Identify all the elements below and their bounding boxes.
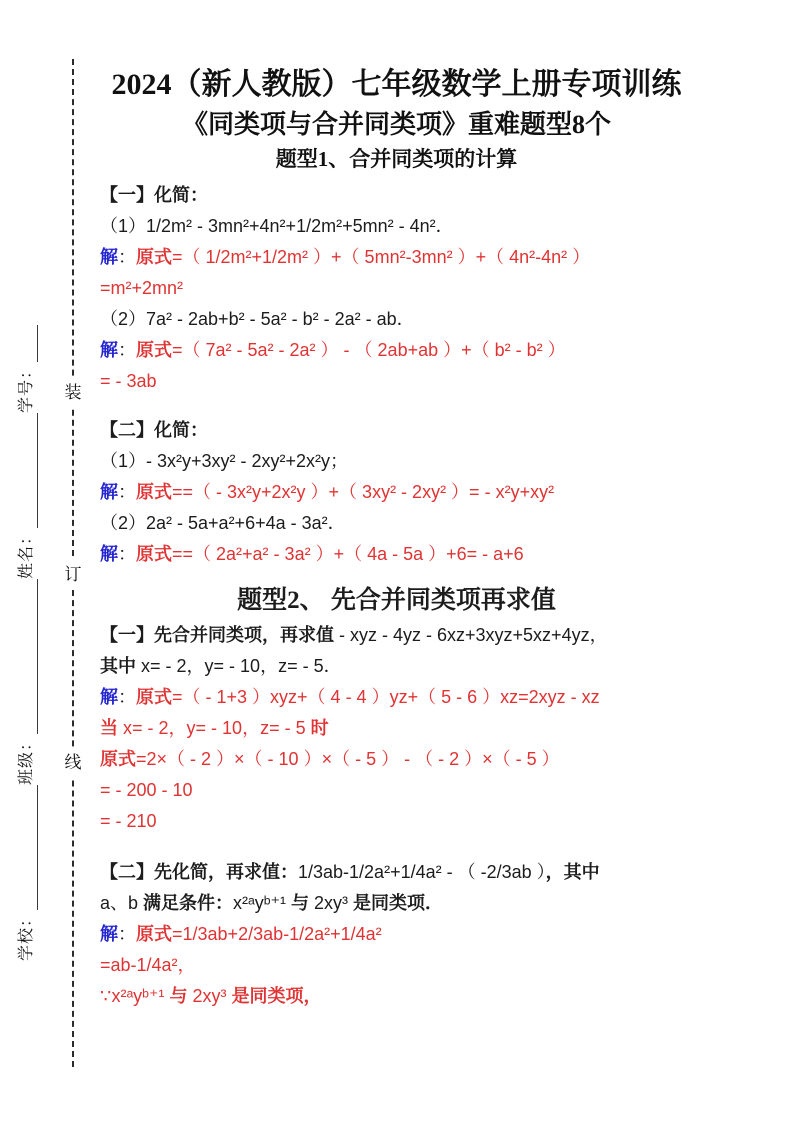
text-run: （1）- 3x²y+3xy² - 2xy²+2x²y； — [100, 451, 348, 471]
text-run: ，其中 — [546, 862, 600, 882]
text-run: =1/3ab+2/3ab-1/2a²+1/4a² — [172, 924, 382, 944]
text-run: 2xy³ — [314, 893, 353, 913]
content-line: 解：原式==（ 2a²+a² - 3a² ）+（ 4a - 5a ）+6= - … — [100, 539, 748, 570]
text-run: ： — [118, 340, 136, 360]
text-run: 原式 — [136, 687, 172, 707]
text-run: 是同类项， — [231, 986, 321, 1006]
text-run: = - 210 — [100, 811, 157, 831]
text-run: 解 — [100, 924, 118, 944]
text-run: 解 — [100, 687, 118, 707]
text-run: ： — [118, 544, 136, 564]
text-run: 与 — [291, 893, 314, 913]
text-run: = - 3ab — [100, 371, 157, 391]
text-run: 时 — [311, 718, 329, 738]
text-run: 原式 — [100, 749, 136, 769]
text-run: 与 — [169, 986, 192, 1006]
text-run: 解 — [100, 340, 118, 360]
page-subtitle: 《同类项与合并同类项》重难题型8个 — [0, 106, 793, 144]
text-run: 2xy³ — [192, 986, 231, 1006]
text-run: 其中 — [100, 656, 141, 676]
content-line: （1）1/2m² - 3mn²+4n²+1/2m²+5mn² - 4n²． — [100, 211, 748, 242]
section-heading: 题型2、 先合并同类项再求值 — [0, 582, 793, 620]
text-run: = - 200 - 10 — [100, 780, 193, 800]
text-run: x= - 2，y= - 10，z= - 5 — [123, 718, 311, 738]
text-run: 解 — [100, 482, 118, 502]
text-run: 【一】化简： — [100, 185, 208, 205]
text-run: =2×（ - 2 ）×（ - 10 ）×（ - 5 ） - （ - 2 ）×（ … — [136, 749, 560, 769]
content-line: （2）7a² - 2ab+b² - 5a² - b² - 2a² - ab． — [100, 304, 748, 335]
content-line: 解：原式=（ 1/2m²+1/2m² ）+（ 5mn²-3mn² ）+（ 4n²… — [100, 242, 748, 273]
text-run: （2）7a² - 2ab+b² - 5a² - b² - 2a² - ab． — [100, 309, 415, 329]
text-run: x²ᵃyᵇ⁺¹ — [233, 893, 291, 913]
content-line: a、b 满足条件：x²ᵃyᵇ⁺¹ 与 2xy³ 是同类项． — [100, 888, 748, 919]
text-run: 【二】化简： — [100, 420, 208, 440]
text-run: 原式 — [136, 482, 172, 502]
text-run: （2）2a² - 5a+a²+6+4a - 3a²． — [100, 513, 346, 533]
content-line: 当 x= - 2，y= - 10，z= - 5 时 — [100, 713, 748, 744]
text-run: 原式 — [136, 544, 172, 564]
text-run: （1）1/2m² - 3mn²+4n²+1/2m²+5mn² - 4n²． — [100, 216, 454, 236]
text-run: ： — [118, 924, 136, 944]
content-line: ∵x²ᵃyᵇ⁺¹ 与 2xy³ 是同类项， — [100, 981, 748, 1012]
text-run: ： — [118, 482, 136, 502]
text-run: 当 — [100, 718, 123, 738]
content-line: 【二】化简： — [100, 415, 748, 446]
text-run: 满足条件： — [143, 893, 233, 913]
text-run: - xyz - 4yz - 6xz+3xyz+5xz+4yz， — [334, 625, 608, 645]
content-line: 其中 x= - 2，y= - 10，z= - 5． — [100, 651, 748, 682]
text-run: 【一】先合并同类项，再求值 — [100, 625, 334, 645]
text-run: a、b — [100, 893, 143, 913]
text-run: =（ - 1+3 ）xyz+（ 4 - 4 ）yz+（ 5 - 6 ）xz=2x… — [172, 687, 600, 707]
content-line: = - 3ab — [100, 366, 748, 397]
content-line: 解：原式=1/3ab+2/3ab-1/2a²+1/4a² — [100, 919, 748, 950]
text-run: 1/3ab-1/2a²+1/4a² - （ -2/3ab ） — [298, 862, 546, 882]
content-line: = - 200 - 10 — [100, 775, 748, 806]
text-run: ==（ 2a²+a² - 3a² ）+（ 4a - 5a ）+6= - a+6 — [172, 544, 524, 564]
text-run: ==（ - 3x²y+2x²y ）+（ 3xy² - 2xy² ）= - x²y… — [172, 482, 554, 502]
text-run: ： — [118, 247, 136, 267]
content-line: 【二】先化简，再求值：1/3ab-1/2a²+1/4a² - （ -2/3ab … — [100, 857, 748, 888]
content-lines: 【一】化简：（1）1/2m² - 3mn²+4n²+1/2m²+5mn² - 4… — [0, 174, 793, 1012]
content-line: （1）- 3x²y+3xy² - 2xy²+2x²y； — [100, 446, 748, 477]
content-line: 解：原式=（ - 1+3 ）xyz+（ 4 - 4 ）yz+（ 5 - 6 ）x… — [100, 682, 748, 713]
content-line: 【一】先合并同类项，再求值 - xyz - 4yz - 6xz+3xyz+5xz… — [100, 620, 748, 651]
text-run: =m²+2mn² — [100, 278, 183, 298]
text-run: 解 — [100, 247, 118, 267]
text-run: x= - 2，y= - 10，z= - 5． — [141, 656, 342, 676]
content-line: （2）2a² - 5a+a²+6+4a - 3a²． — [100, 508, 748, 539]
content-line: = - 210 — [100, 806, 748, 837]
text-run: =ab-1/4a²， — [100, 955, 196, 975]
text-run: ∵ — [100, 986, 111, 1006]
text-run: 【二】先化简，再求值： — [100, 862, 298, 882]
text-run: x²ᵃyᵇ⁺¹ — [111, 986, 169, 1006]
content-line: =ab-1/4a²， — [100, 950, 748, 981]
section-1-heading: 题型1、合并同类项的计算 — [0, 144, 793, 174]
text-run: =（ 1/2m²+1/2m² ）+（ 5mn²-3mn² ）+（ 4n²-4n²… — [172, 247, 590, 267]
text-run: 题型2、 先合并同类项再求值 — [237, 587, 556, 614]
content-line: =m²+2mn² — [100, 273, 748, 304]
content-line: 解：原式==（ - 3x²y+2x²y ）+（ 3xy² - 2xy² ）= -… — [100, 477, 748, 508]
text-run: ： — [118, 687, 136, 707]
content-line: 【一】化简： — [100, 180, 748, 211]
text-run: 原式 — [136, 247, 172, 267]
text-run: 解 — [100, 544, 118, 564]
text-run: 原式 — [136, 924, 172, 944]
content-line: 解：原式=（ 7a² - 5a² - 2a² ） - （ 2ab+ab ）+（ … — [100, 335, 748, 366]
text-run: 是同类项． — [353, 893, 443, 913]
worksheet-content: 2024（新人教版）七年级数学上册专项训练 《同类项与合并同类项》重难题型8个 … — [0, 0, 793, 1012]
page-title: 2024（新人教版）七年级数学上册专项训练 — [0, 64, 793, 106]
text-run: 原式 — [136, 340, 172, 360]
content-line: 原式=2×（ - 2 ）×（ - 10 ）×（ - 5 ） - （ - 2 ）×… — [100, 744, 748, 775]
text-run: =（ 7a² - 5a² - 2a² ） - （ 2ab+ab ）+（ b² -… — [172, 340, 566, 360]
